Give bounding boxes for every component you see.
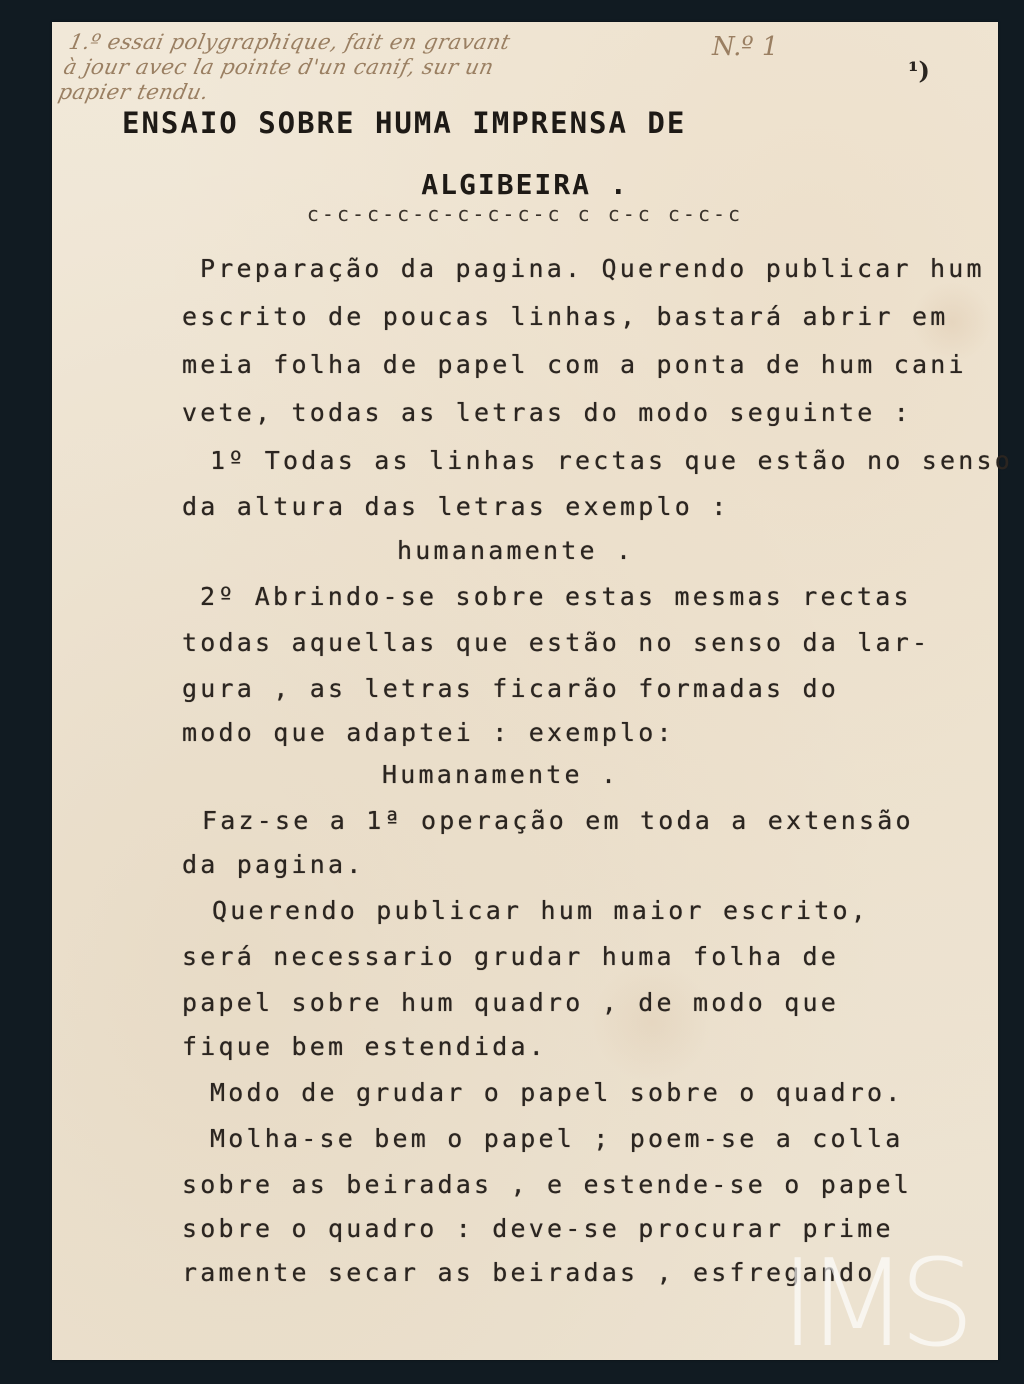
text-line: Faz-se a 1ª operação em toda a extensão bbox=[202, 806, 914, 835]
text-line: Modo de grudar o papel sobre o quadro. bbox=[210, 1078, 904, 1107]
ims-watermark-logo: IMS bbox=[780, 1250, 980, 1360]
text-line: Molha-se bem o papel ; poem-se a colla bbox=[210, 1124, 904, 1153]
text-line: ramente secar as beiradas , esfregando bbox=[182, 1258, 876, 1287]
document-number: N.º 1 bbox=[712, 32, 778, 62]
handwritten-line: papier tendu. bbox=[56, 80, 751, 105]
text-line: Querendo publicar hum maior escrito, bbox=[212, 896, 869, 925]
title-line-2: ALGIBEIRA . bbox=[52, 168, 998, 201]
text-line: gura , as letras ficarão formadas do bbox=[182, 674, 839, 703]
text-line: será necessario grudar huma folha de bbox=[182, 942, 839, 971]
text-line: Preparação da pagina. Querendo publicar … bbox=[200, 254, 985, 283]
text-line: papel sobre hum quadro , de modo que bbox=[182, 988, 839, 1017]
handwritten-note: 1.º essai polygraphique, fait en gravant… bbox=[56, 30, 762, 105]
text-line: vete, todas as letras do modo seguinte : bbox=[182, 398, 912, 427]
handwritten-line: 1.º essai polygraphique, fait en gravant bbox=[67, 30, 762, 55]
text-line: da pagina. bbox=[182, 850, 365, 879]
title-line-1: ENSAIO SOBRE HUMA IMPRENSA DE bbox=[122, 106, 942, 140]
example-word: Humanamente . bbox=[382, 760, 619, 789]
text-line: da altura das letras exemplo : bbox=[182, 492, 730, 521]
text-line: todas aquellas que estão no senso da lar… bbox=[182, 628, 930, 657]
text-line: 2º Abrindo-se sobre estas mesmas rectas bbox=[200, 582, 912, 611]
ornament-divider: c-c-c-c-c-c-c-c-c c c-c c-c-c bbox=[52, 202, 998, 226]
handwritten-line: à jour avec la pointe d'un canif, sur un bbox=[61, 55, 756, 80]
page-mark: ¹) bbox=[908, 56, 930, 85]
document-page: 1.º essai polygraphique, fait en gravant… bbox=[52, 22, 998, 1360]
example-word: humanamente . bbox=[397, 536, 634, 565]
text-line: escrito de poucas linhas, bastará abrir … bbox=[182, 302, 949, 331]
text-line: fique bem estendida. bbox=[182, 1032, 547, 1061]
text-line: modo que adaptei : exemplo: bbox=[182, 718, 675, 747]
text-line: meia folha de papel com a ponta de hum c… bbox=[182, 350, 967, 379]
text-line: 1º Todas as linhas rectas que estão no s… bbox=[210, 446, 1013, 475]
text-line: sobre as beiradas , e estende-se o papel bbox=[182, 1170, 912, 1199]
